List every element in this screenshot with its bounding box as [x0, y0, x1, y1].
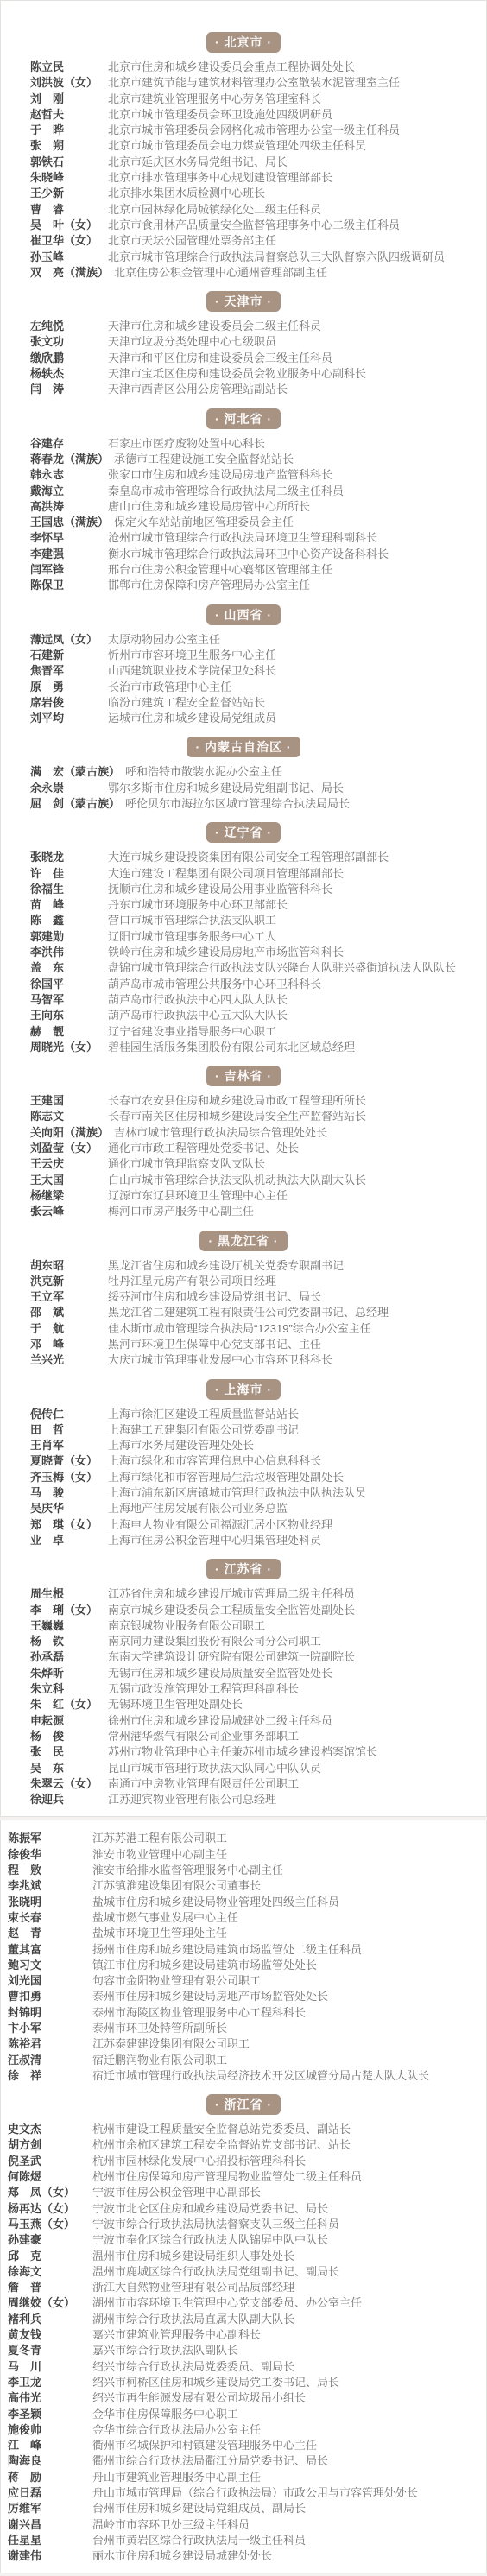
member-row: 倪圣武 杭州市园林绿化发展中心招投标管理科科长 [6, 2154, 481, 2169]
member-row: 陶海良 衢州市综合行政执法局衢江分局党委书记、局长 [6, 2453, 481, 2469]
member-title: 绥芬河市住房和城乡建设局党组书记、局长 [108, 1289, 481, 1305]
member-row: 郭铁石 北京市延庆区水务局党组书记、局长 [6, 155, 481, 170]
province-badge: · 内蒙古自治区 · [187, 737, 300, 757]
member-name: 赵哲夫 [30, 107, 108, 123]
member-title: 辽阳市城市管理事务服务中心工人 [108, 929, 481, 945]
member-row: 马 骏 上海市浦东新区唐镇城市管理行政执法中队执法队员 [6, 1485, 481, 1501]
member-row: 田 哲 上海建工五建集团有限公司党委副书记 [6, 1422, 481, 1438]
member-title: 大连市城乡建设投资集团有限公司安全工程管理部副部长 [108, 850, 481, 865]
province-badge-wrap: · 天津市 · [6, 291, 481, 312]
member-row: 于 航 佳木斯市城市管理综合执法局“12319”综合办公室主任 [6, 1321, 481, 1337]
member-row: 杨再达（女） 宁波市北仑区住房和城乡建设局党委书记、局长 [6, 2201, 481, 2217]
member-name: 徐福生 [30, 882, 108, 897]
member-title: 天津市西青区公用公房管理站副站长 [108, 382, 481, 397]
member-name: 许 佳 [30, 866, 108, 882]
member-title: 南京银城物业服务有限公司职工 [108, 1618, 481, 1634]
member-name: 原 勇 [30, 680, 108, 695]
member-name: 席岩俊 [30, 695, 108, 711]
member-title: 丹东市城市环境服务中心环卫部部长 [108, 897, 481, 913]
member-name: 张 民 [30, 1744, 108, 1760]
member-rows: 王建国 长春市农安县住房和城乡建设局市政工程管理所所长 陈志文 长春市南关区住房… [6, 1093, 481, 1219]
member-row: 陈振军 江苏苏港工程有限公司职工 [6, 1831, 481, 1846]
member-row: 吴庆华 上海地产住房发展有限公司业务总监 [6, 1501, 481, 1516]
member-title: 北京市城市管理委员会环卫设施处四级调研员 [108, 107, 481, 123]
member-title: 杭州市建设工程质量安全监督总站党委委员、副站长 [92, 2122, 481, 2137]
member-title: 邢台市住房公积金管理中心襄都区管理部主任 [108, 562, 481, 578]
member-title: 宁波市住房公积金管理中心副部长 [92, 2185, 481, 2200]
member-title: 宁波市奉化区综合行政执法大队锦屏中队中队长 [92, 2232, 481, 2248]
member-title: 白山市城市管理综合执法支队机动执法大队副大队长 [108, 1173, 481, 1188]
member-title: 杭州市余杭区建筑工程安全监督站党支部书记、站长 [92, 2137, 481, 2153]
member-title: 牡丹江星元房产有限公司项目经理 [108, 1274, 481, 1289]
member-row: 程 敫 淮安市给排水监督管理服务中心副主任 [6, 1863, 481, 1878]
member-name: 焦晋军 [30, 663, 108, 679]
member-title: 北京市延庆区水务局党组书记、局长 [108, 155, 481, 170]
member-row: 詹 普 浙江大自然物业管理有限公司品质部经理 [6, 2280, 481, 2295]
member-title: 湖州市综合行政执法局直属大队副大队长 [92, 2312, 481, 2327]
member-name: 郭铁石 [30, 155, 108, 170]
member-name: 闫军锋 [30, 562, 108, 578]
member-name: 王巍巍 [30, 1618, 108, 1634]
member-name: 汪叔清 [8, 2053, 92, 2068]
member-name: 闫 涛 [30, 382, 108, 397]
member-row: 史文杰 杭州市建设工程质量安全监督总站党委委员、副站长 [6, 2122, 481, 2137]
member-name: 曹 睿 [30, 202, 108, 218]
member-name: 朱 红（女） [30, 1697, 108, 1712]
member-title: 徐州市住房和城乡建设局城建处二级主任科员 [108, 1713, 481, 1729]
member-name: 于 晔 [30, 123, 108, 138]
member-name: 王建国 [30, 1093, 108, 1109]
member-row: 孙玉峰 北京市城市管理综合行政执法局督察总队三大队督察六队四级调研员 [6, 250, 481, 265]
province-badge: · 黑龙江省 · [199, 1231, 287, 1251]
member-row: 石建新 忻州市市容环境卫生服务中心主任 [6, 648, 481, 663]
member-row: 李圣颖 金华市住房保障服务中心职工 [6, 2407, 481, 2422]
member-name: 陈立民 [30, 60, 108, 75]
member-row: 朱立科 无锡市政设施管理处工程管理科副科长 [6, 1681, 481, 1697]
member-row: 赫 靓 辽宁省建设事业指导服务中心职工 [6, 1024, 481, 1040]
province-badge: · 河北省 · [206, 408, 281, 429]
member-title: 金华市综合行政执法局办公室主任 [92, 2422, 481, 2438]
member-name: 史文杰 [8, 2122, 92, 2137]
member-row: 汪叔清 宿迁鹏润物业有限公司职工 [6, 2053, 481, 2068]
member-name: 田 哲 [30, 1422, 108, 1438]
member-name: 缴欣鹏 [30, 351, 108, 366]
province-badge: · 天津市 · [206, 291, 281, 312]
member-title: 呼和浩特市散装水泥办公室主任 [125, 764, 481, 780]
province-badge: · 山西省 · [206, 604, 281, 625]
province-badge-wrap: · 浙江省 · [6, 2094, 481, 2115]
member-title: 江苏镇淮建设集团有限公司董事长 [92, 1878, 481, 1894]
member-name: 陈振军 [8, 1831, 92, 1846]
member-name: 马 骏 [30, 1485, 108, 1501]
member-rows: 薄远凤（女） 太原动物园办公室主任 石建新 忻州市市容环境卫生服务中心主任 焦晋… [6, 632, 481, 727]
member-title: 宿迁鹏润物业有限公司职工 [92, 2053, 481, 2068]
member-name: 余永崇 [30, 781, 108, 796]
member-name: 胡方剑 [8, 2137, 92, 2153]
member-title: 苏州市物业管理中心主任兼苏州市城乡建设档案馆馆长 [108, 1744, 481, 1760]
member-row: 孙承磊 东南大学建筑设计研究院有限公司建筑一院副院长 [6, 1649, 481, 1665]
member-name: 高洪涛 [30, 499, 108, 515]
member-row: 徐 祥 宿迁市城市管理行政执法局经济技术开发区城管分局古楚大队大队长 [6, 2068, 481, 2084]
province-badge: · 上海市 · [206, 1379, 281, 1400]
member-title: 碧桂园生活服务集团股份有限公司东北区域总经理 [108, 1040, 481, 1055]
member-row: 徐海文 温州市鹿城区综合行政执法局党组副书记、副局长 [6, 2264, 481, 2280]
member-name: 谢建伟 [8, 2548, 92, 2564]
member-name: 李怀早 [30, 530, 108, 546]
member-row: 蒋春龙（满族） 承德市工程建设施工安全监督站站长 [6, 452, 481, 467]
province-badge: · 北京市 · [206, 32, 281, 53]
member-row: 苗 峰 丹东市城市环境服务中心环卫部部长 [6, 897, 481, 913]
member-name: 赫 靓 [30, 1024, 108, 1040]
member-name: 李洪伟 [30, 945, 108, 960]
member-row: 吴 叶（女） 北京市食用林产品质量安全监督管理事务中心二级主任科员 [6, 218, 481, 233]
member-title: 黑龙江省住房和城乡建设厅机关党委专职副书记 [108, 1258, 481, 1274]
member-title: 天津市住房和城乡建设委员会二级主任科员 [108, 319, 481, 334]
province-badge: · 浙江省 · [206, 2094, 281, 2115]
member-row: 曹 睿 北京市园林绿化局城镇绿化处二级主任科员 [6, 202, 481, 218]
member-row: 闫军锋 邢台市住房公积金管理中心襄都区管理部主任 [6, 562, 481, 578]
member-row: 杨继梁 辽源市东辽县环境卫生管理中心主任 [6, 1188, 481, 1204]
member-name: 朱烨昕 [30, 1666, 108, 1681]
member-title: 辽宁省建设事业指导服务中心职工 [108, 1024, 481, 1040]
member-row: 倪传仁 上海市徐汇区建设工程质量监督站站长 [6, 1407, 481, 1422]
member-name: 曹扣勇 [8, 1989, 92, 2004]
member-row: 刘洪波（女） 北京市建筑节能与建筑材料管理办公室散装水泥管理室主任 [6, 75, 481, 91]
member-row: 封锦明 泰州市海陵区物业管理服务中心工程科科长 [6, 2005, 481, 2021]
member-title: 黑河市环境卫生保障中心党支部书记、主任 [108, 1337, 481, 1352]
member-name: 陶海良 [8, 2453, 92, 2469]
member-name: 杨再达（女） [8, 2201, 92, 2217]
member-row: 张云峰 梅河口市房产服务中心副主任 [6, 1204, 481, 1219]
member-title: 黑龙江省二建建筑工程有限责任公司党委副书记、总经理 [108, 1305, 481, 1320]
member-name: 杨继梁 [30, 1188, 108, 1204]
member-name: 夏晓菁（女） [30, 1453, 108, 1469]
member-title: 上海申大物业有限公司福源汇居小区物业经理 [108, 1517, 481, 1533]
member-title: 无锡市政设施管理处工程管理科副科长 [108, 1681, 481, 1697]
member-title: 通化市城市管理监察支队支队长 [108, 1156, 481, 1172]
member-name: 郭建勋 [30, 929, 108, 945]
member-row: 周晓光（女） 碧桂园生活服务集团股份有限公司东北区域总经理 [6, 1040, 481, 1055]
member-row: 谢兴昌 温岭市市容环卫处三级主任科员 [6, 2517, 481, 2533]
member-title: 北京住房公积金管理中心通州管理部副主任 [114, 265, 481, 281]
member-title: 梅河口市房产服务中心副主任 [108, 1204, 481, 1219]
member-title: 淮安市给排水监督管理服务中心副主任 [92, 1863, 481, 1878]
member-name: 徐海文 [8, 2264, 92, 2280]
member-title: 长治市市政管理中心主任 [108, 680, 481, 695]
member-name: 满 宏（蒙古族） [30, 764, 125, 780]
member-title: 北京市城市管理委员会网格化城市管理办公室一级主任科员 [108, 123, 481, 138]
member-row: 王建国 长春市农安县住房和城乡建设局市政工程管理所所长 [6, 1093, 481, 1109]
member-row: 张晓明 盐城市住房和城乡建设局物业管理处四级主任科员 [6, 1895, 481, 1910]
member-rows: 史文杰 杭州市建设工程质量安全监督总站党委委员、副站长 胡方剑 杭州市余杭区建筑… [6, 2122, 481, 2564]
member-row: 褚利兵 湖州市综合行政执法局直属大队副大队长 [6, 2312, 481, 2327]
member-name: 邱 克 [8, 2249, 92, 2264]
member-row: 原 勇 长治市市政管理中心主任 [6, 680, 481, 695]
member-row: 马玉燕（女） 宁波市综合行政执法局执法督察支队三级主任科员 [6, 2217, 481, 2232]
member-rows: 左纯悦 天津市住房和城乡建设委员会二级主任科员 张文功 天津市垃圾分类处理中心七… [6, 319, 481, 397]
member-row: 夏晓菁（女） 上海市绿化和市容管理信息中心信息科科长 [6, 1453, 481, 1469]
member-rows: 周生根 江苏省住房和城乡建设厅城市管理局二级主任科员 李 琍（女） 南京市城乡建… [6, 1586, 481, 1807]
member-name: 洪克新 [30, 1274, 108, 1289]
member-name: 石建新 [30, 648, 108, 663]
member-row: 盖 东 盘锦市城市管理综合行政执法支队兴隆台大队驻兴盛街道执法大队队长 [6, 960, 481, 976]
member-title: 邯郸市住房保障和房产管理局办公室主任 [108, 578, 481, 593]
member-title: 太原动物园办公室主任 [108, 632, 481, 648]
member-name: 倪圣武 [8, 2154, 92, 2169]
member-name: 郑 琪（女） [30, 1517, 108, 1533]
member-name: 朱翠云（女） [30, 1776, 108, 1792]
member-title: 天津市宝坻区住房和建设委员会物业服务中心副科长 [108, 366, 481, 382]
member-row: 于 晔 北京市城市管理委员会网格化城市管理办公室一级主任科员 [6, 123, 481, 138]
member-title: 北京市天坛公园管理处票务部主任 [108, 233, 481, 249]
member-name: 李兆斌 [8, 1878, 92, 1894]
member-row: 张文功 天津市垃圾分类处理中心七级职员 [6, 334, 481, 350]
member-row: 徐迎兵 江苏迎宾物业管理有限公司总经理 [6, 1792, 481, 1807]
member-title: 句容市金阳物业管理有限公司职工 [92, 1973, 481, 1989]
member-name: 王向东 [30, 1008, 108, 1023]
member-row: 刘盈莹（女） 通化市市政工程管理处党委书记、处长 [6, 1141, 481, 1156]
member-name: 周生根 [30, 1586, 108, 1602]
member-title: 泰州市海陵区物业管理服务中心工程科科长 [92, 2005, 481, 2021]
member-name: 张晓龙 [30, 850, 108, 865]
member-name: 应日磊 [8, 2485, 92, 2501]
member-name: 兰兴光 [30, 1352, 108, 1368]
member-rows: 张晓龙 大连市城乡建设投资集团有限公司安全工程管理部副部长 许 佳 大连市建设工… [6, 850, 481, 1055]
member-title: 宁波市北仑区住房和城乡建设局党委书记、局长 [92, 2201, 481, 2217]
member-title: 北京市食用林产品质量安全监督管理事务中心二级主任科员 [108, 218, 481, 233]
member-row: 李 琍（女） 南京市城乡建设委员会工程质量安全监管处副处长 [6, 1603, 481, 1618]
member-row: 申耘源 徐州市住房和城乡建设局城建处二级主任科员 [6, 1713, 481, 1729]
member-title: 营口市城市管理综合执法支队职工 [108, 913, 481, 928]
member-row: 马智军 葫芦岛市行政执法中心四大队大队长 [6, 992, 481, 1008]
member-name: 夏冬青 [8, 2343, 92, 2358]
member-row: 王立军 绥芬河市住房和城乡建设局党组书记、局长 [6, 1289, 481, 1305]
member-title: 绍兴市再生能源发展有限公司垃圾吊小组长 [92, 2390, 481, 2406]
member-name: 李圣颖 [8, 2407, 92, 2422]
member-title: 秦皇岛市城市管理综合行政执法局二级主任科员 [108, 484, 481, 499]
member-name: 邓 峰 [30, 1337, 108, 1352]
member-name: 徐 祥 [8, 2068, 92, 2084]
member-title: 张家口市住房和城乡建设局房地产监管科科长 [108, 467, 481, 483]
member-title: 衡水市城市管理综合行政执法局环卫中心资产设备科科长 [108, 547, 481, 562]
member-title: 葫芦岛市城市管理公共服务中心环卫科科长 [108, 977, 481, 992]
member-title: 北京市建筑业管理服务中心劳务管理室科长 [108, 92, 481, 107]
member-title: 无锡市住房和城乡建设局质量安全监管处处长 [108, 1666, 481, 1681]
member-title: 大连市建设工程集团有限公司项目管理部副部长 [108, 866, 481, 882]
member-name: 胡东昭 [30, 1258, 108, 1274]
member-row: 胡东昭 黑龙江省住房和城乡建设厅机关党委专职副书记 [6, 1258, 481, 1274]
member-name: 陈志文 [30, 1109, 108, 1124]
member-name: 朱晓峰 [30, 170, 108, 186]
member-name: 谷建存 [30, 436, 108, 452]
member-row: 张 民 苏州市物业管理中心主任兼苏州市城乡建设档案馆馆长 [6, 1744, 481, 1760]
member-title: 沧州市城市管理综合行政执法局环境卫生管理科副科长 [108, 530, 481, 546]
member-name: 徐国平 [30, 977, 108, 992]
member-name: 张 朔 [30, 138, 108, 154]
province-badge-wrap: · 内蒙古自治区 · [6, 737, 481, 757]
member-title: 上海市浦东新区唐镇城市管理行政执法中队执法队员 [108, 1485, 481, 1501]
member-title: 上海地产住房发展有限公司业务总监 [108, 1501, 481, 1516]
member-row: 郑 琪（女） 上海申大物业有限公司福源汇居小区物业经理 [6, 1517, 481, 1533]
member-row: 朱 红（女） 无锡环境卫生管理处副处长 [6, 1697, 481, 1712]
member-name: 邵 斌 [30, 1305, 108, 1320]
member-row: 王肖军 上海市水务局建设管理处处长 [6, 1438, 481, 1453]
member-name: 王国忠（满族） [30, 515, 114, 530]
member-title: 台州市黄岩区综合行政执法局一级主任科员 [92, 2533, 481, 2548]
member-rows: 谷建存 石家庄市医疗废物处置中心科长 蒋春龙（满族） 承德市工程建设施工安全监督… [6, 436, 481, 594]
province-badge-wrap: · 上海市 · [6, 1379, 481, 1400]
member-title: 绍兴市综合行政执法局党委委员、副局长 [92, 2359, 481, 2375]
member-name: 王云庆 [30, 1156, 108, 1172]
member-name: 高伟光 [8, 2390, 92, 2406]
member-name: 王肖军 [30, 1438, 108, 1453]
member-row: 黄友钱 嘉兴市建筑业管理服务中心副科长 [6, 2327, 481, 2343]
member-row: 陈立民 北京市住房和城乡建设委员会重点工程协调处处长 [6, 60, 481, 75]
member-name: 施俊帅 [8, 2422, 92, 2438]
member-title: 运城市住房和城乡建设局党组成员 [108, 711, 481, 726]
member-title: 辽源市东辽县环境卫生管理中心主任 [108, 1188, 481, 1204]
member-title: 上海市绿化和市容管理信息中心信息科科长 [108, 1453, 481, 1469]
member-row: 夏冬青 嘉兴市综合行政执法队副队长 [6, 2343, 481, 2358]
member-name: 左纯悦 [30, 319, 108, 334]
member-row: 闫 涛 天津市西青区公用公房管理站副站长 [6, 382, 481, 397]
member-row: 王太国 白山市城市管理综合执法支队机动执法大队副大队长 [6, 1173, 481, 1188]
member-name: 封锦明 [8, 2005, 92, 2021]
member-name: 谢兴昌 [8, 2517, 92, 2533]
member-row: 张 朔 北京市城市管理委员会电力煤炭管理处四级主任科员 [6, 138, 481, 154]
member-row: 王国忠（满族） 保定火车站站前地区管理委员会主任 [6, 515, 481, 530]
member-rows: 陈立民 北京市住房和城乡建设委员会重点工程协调处处长 刘洪波（女） 北京市建筑节… [6, 60, 481, 281]
member-title: 杭州市园林绿化发展中心招投标管理科科长 [92, 2154, 481, 2169]
member-title: 北京市建筑节能与建筑材料管理办公室散装水泥管理室主任 [108, 75, 481, 91]
member-row: 陈志文 长春市南关区住房和城乡建设局安全生产监督站站长 [6, 1109, 481, 1124]
member-row: 王向东 葫芦岛市行政执法中心五大队大队长 [6, 1008, 481, 1023]
member-name: 杨 俊 [30, 1729, 108, 1744]
member-title: 保定火车站站前地区管理委员会主任 [114, 515, 481, 530]
member-name: 于 航 [30, 1321, 108, 1337]
member-row: 马 川 绍兴市综合行政执法局党委委员、副局长 [6, 2359, 481, 2375]
member-name: 马玉燕（女） [8, 2217, 92, 2232]
member-name: 戴海立 [30, 484, 108, 499]
member-title: 大庆市城市管理事业发展中心市容环卫科科长 [108, 1352, 481, 1368]
member-title: 江苏苏港工程有限公司职工 [92, 1831, 481, 1846]
member-title: 衢州市名城保护和村镇建设管理服务中心主任 [92, 2438, 481, 2453]
province-badge: · 吉林省 · [206, 1066, 281, 1086]
member-title: 承德市工程建设施工安全监督站站长 [114, 452, 481, 467]
member-name: 何陈煜 [8, 2169, 92, 2185]
member-name: 关向阳（满族） [30, 1125, 114, 1141]
member-name: 崔卫华（女） [30, 233, 108, 249]
member-name: 孙建豪 [8, 2232, 92, 2248]
member-row: 赵 青 盐城市环境卫生管理处主任 [6, 1926, 481, 1941]
member-title: 铁岭市住房和城乡建设局房地产市场监管科科长 [108, 945, 481, 960]
member-title: 抚顺市住房和城乡建设局公用事业监管科科长 [108, 882, 481, 897]
member-title: 盐城市住房和城乡建设局物业管理处四级主任科员 [92, 1895, 481, 1910]
member-row: 陈裕君 江苏泰建建设集团有限公司职工 [6, 2036, 481, 2052]
member-title: 淮安市物业管理中心副主任 [92, 1847, 481, 1863]
member-row: 束长春 盐城市燃气事业发展中心主任 [6, 1910, 481, 1926]
member-title: 盘锦市城市管理综合行政执法支队兴隆台大队驻兴盛街道执法大队队长 [108, 960, 481, 976]
member-row: 许 佳 大连市建设工程集团有限公司项目管理部副部长 [6, 866, 481, 882]
member-title: 宁波市综合行政执法局执法督察支队三级主任科员 [92, 2217, 481, 2232]
member-name: 褚利兵 [8, 2312, 92, 2327]
member-row: 周继姣（女） 湖州市市容环境卫生管理中心党支部委员、办公室主任 [6, 2295, 481, 2311]
member-name: 郑 凤（女） [8, 2185, 92, 2200]
member-title: 盐城市燃气事业发展中心主任 [92, 1910, 481, 1926]
member-name: 吴庆华 [30, 1501, 108, 1516]
member-name: 业 卓 [30, 1533, 108, 1548]
member-row: 余永崇 鄂尔多斯市住房和城乡建设局党组副书记、局长 [6, 781, 481, 796]
member-row: 王巍巍 南京银城物业服务有限公司职工 [6, 1618, 481, 1634]
province-badge: · 江苏省 · [206, 1559, 281, 1579]
member-name: 韩永志 [30, 467, 108, 483]
member-row: 焦晋军 山西建筑职业技术学院保卫处科长 [6, 663, 481, 679]
member-row: 郑 凤（女） 宁波市住房公积金管理中心副部长 [6, 2185, 481, 2200]
member-row: 鲍习文 镇江市住房和城乡建设局建筑市场监管处处长 [6, 1958, 481, 1973]
member-row: 任星星 台州市黄岩区综合行政执法局一级主任科员 [6, 2533, 481, 2548]
member-name: 周晓光（女） [30, 1040, 108, 1055]
member-row: 双 亮（满族） 北京住房公积金管理中心通州管理部副主任 [6, 265, 481, 281]
member-rows: 满 宏（蒙古族） 呼和浩特市散装水泥办公室主任 余永崇 鄂尔多斯市住房和城乡建设… [6, 764, 481, 812]
member-row: 王云庆 通化市城市管理监察支队支队长 [6, 1156, 481, 1172]
member-row: 朱翠云（女） 南通市中房物业管理有限责任公司职工 [6, 1776, 481, 1792]
member-row: 胡方剑 杭州市余杭区建筑工程安全监督站党支部书记、站长 [6, 2137, 481, 2153]
member-row: 吴 东 昆山市城市管理行政执法大队同心中队队员 [6, 1761, 481, 1776]
member-name: 孙承磊 [30, 1649, 108, 1665]
member-name: 刘洪波（女） [30, 75, 108, 91]
member-name: 盖 东 [30, 960, 108, 976]
member-row: 江 峰 衢州市名城保护和村镇建设管理服务中心主任 [6, 2438, 481, 2453]
member-title: 山西建筑职业技术学院保卫处科长 [108, 663, 481, 679]
member-title: 北京排水集团水质检测中心班长 [108, 186, 481, 201]
member-name: 鲍习文 [8, 1958, 92, 1973]
member-name: 薄远凤（女） [30, 632, 108, 648]
member-row: 王少新 北京排水集团水质检测中心班长 [6, 186, 481, 201]
member-row: 邵 斌 黑龙江省二建建筑工程有限责任公司党委副书记、总经理 [6, 1305, 481, 1320]
member-title: 东南大学建筑设计研究院有限公司建筑一院副院长 [108, 1649, 481, 1665]
member-title: 南京同力建设集团股份有限公司分公司职工 [108, 1634, 481, 1649]
member-name: 刘光国 [8, 1973, 92, 1989]
member-title: 泰州市住房和城乡建设局房地产市场监管处处长 [92, 1989, 481, 2004]
member-name: 马智军 [30, 992, 108, 1008]
member-row: 赵哲夫 北京市城市管理委员会环卫设施处四级调研员 [6, 107, 481, 123]
member-name: 吴 叶（女） [30, 218, 108, 233]
member-row: 徐国平 葫芦岛市城市管理公共服务中心环卫科科长 [6, 977, 481, 992]
member-title: 温州市鹿城区综合行政执法局党组副书记、副局长 [92, 2264, 481, 2280]
member-row: 关向阳（满族） 吉林市城市管理行政执法局综合管理处处长 [6, 1125, 481, 1141]
member-rows: 胡东昭 黑龙江省住房和城乡建设厅机关党委专职副书记 洪克新 牡丹江星元房产有限公… [6, 1258, 481, 1369]
province-badge-wrap: · 黑龙江省 · [6, 1231, 481, 1251]
member-title: 南京市城乡建设委员会工程质量安全监管处副处长 [108, 1603, 481, 1618]
province-badge-wrap: · 山西省 · [6, 604, 481, 625]
member-name: 詹 普 [8, 2280, 92, 2295]
member-title: 无锡环境卫生管理处副处长 [108, 1697, 481, 1712]
member-title: 衢州市综合行政执法局衢江分局党委书记、局长 [92, 2453, 481, 2469]
member-title: 唐山市住房和城乡建设局房管中心所所长 [108, 499, 481, 515]
member-row: 李兆斌 江苏镇淮建设集团有限公司董事长 [6, 1878, 481, 1894]
member-row: 孙建豪 宁波市奉化区综合行政执法大队锦屏中队中队长 [6, 2232, 481, 2248]
member-name: 张云峰 [30, 1204, 108, 1219]
member-title: 盐城市环境卫生管理处主任 [92, 1926, 481, 1941]
member-title: 昆山市城市管理行政执法大队同心中队队员 [108, 1761, 481, 1776]
member-row: 李怀早 沧州市城市管理综合行政执法局环境卫生管理科副科长 [6, 530, 481, 546]
member-row: 兰兴光 大庆市城市管理事业发展中心市容环卫科科长 [6, 1352, 481, 1368]
province-badge-wrap: · 吉林省 · [6, 1066, 481, 1086]
document-page: · 北京市 · 陈立民 北京市住房和城乡建设委员会重点工程协调处处长 刘洪波（女… [0, 0, 487, 1817]
member-row: 李洪伟 铁岭市住房和城乡建设局房地产市场监管科科长 [6, 945, 481, 960]
member-row: 何陈煜 杭州市住房保障和房产管理局物业监管处二级主任科员 [6, 2169, 481, 2185]
member-row: 徐福生 抚顺市住房和城乡建设局公用事业监管科科长 [6, 882, 481, 897]
